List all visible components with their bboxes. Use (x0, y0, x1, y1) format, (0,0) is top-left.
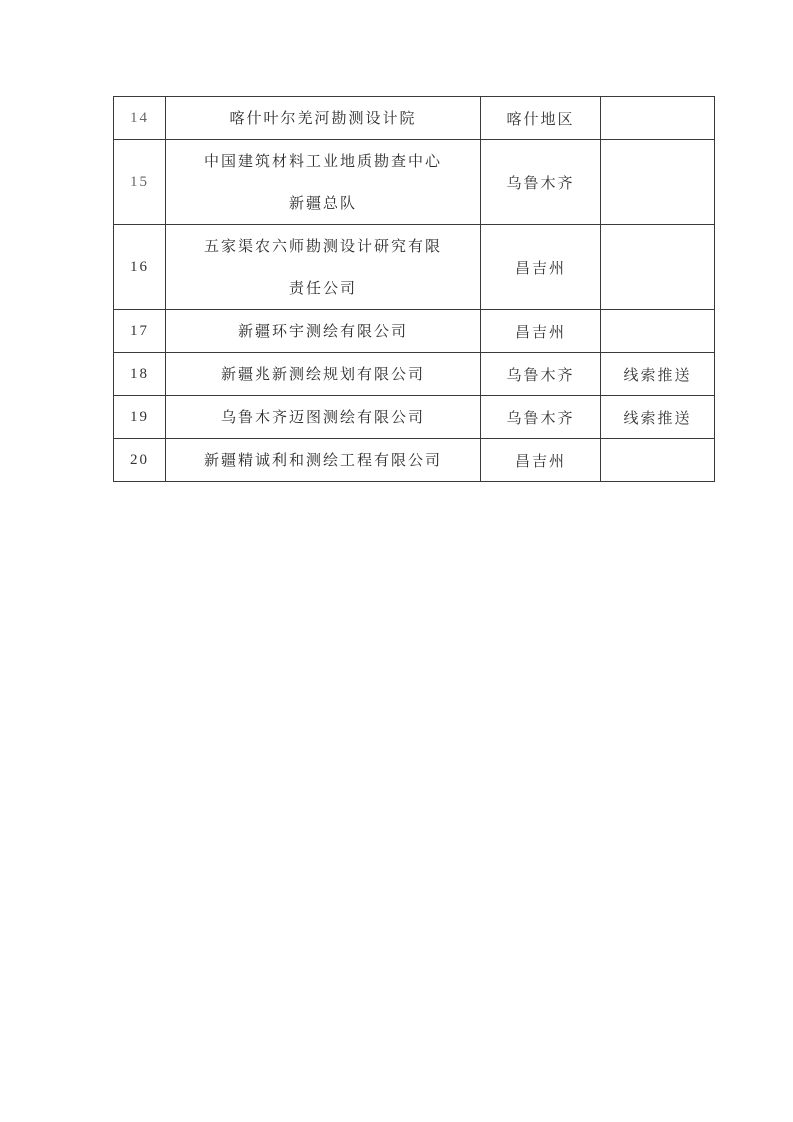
note: 线索推送 (601, 353, 715, 396)
note (601, 97, 715, 140)
company-table: 14 喀什叶尔羌河勘测设计院 喀什地区 15 中国建筑材料工业地质勘查中心 新疆… (113, 96, 715, 482)
region: 昌吉州 (481, 225, 601, 310)
region: 乌鲁木齐 (481, 396, 601, 439)
table-row: 19 乌鲁木齐迈图测绘有限公司 乌鲁木齐 线索推送 (114, 396, 715, 439)
note (601, 439, 715, 482)
region: 乌鲁木齐 (481, 140, 601, 225)
row-number: 20 (114, 439, 166, 482)
document-page: 14 喀什叶尔羌河勘测设计院 喀什地区 15 中国建筑材料工业地质勘查中心 新疆… (0, 0, 793, 1122)
table-row: 18 新疆兆新测绘规划有限公司 乌鲁木齐 线索推送 (114, 353, 715, 396)
row-number: 15 (114, 140, 166, 225)
row-number: 17 (114, 310, 166, 353)
region: 喀什地区 (481, 97, 601, 140)
company-name: 新疆环宇测绘有限公司 (166, 310, 481, 353)
company-name: 中国建筑材料工业地质勘查中心 新疆总队 (166, 140, 481, 225)
company-name: 五家渠农六师勘测设计研究有限 责任公司 (166, 225, 481, 310)
table-row: 14 喀什叶尔羌河勘测设计院 喀什地区 (114, 97, 715, 140)
note (601, 225, 715, 310)
row-number: 16 (114, 225, 166, 310)
table-row: 20 新疆精诚利和测绘工程有限公司 昌吉州 (114, 439, 715, 482)
region: 昌吉州 (481, 439, 601, 482)
company-name: 喀什叶尔羌河勘测设计院 (166, 97, 481, 140)
region: 昌吉州 (481, 310, 601, 353)
region: 乌鲁木齐 (481, 353, 601, 396)
company-name: 新疆精诚利和测绘工程有限公司 (166, 439, 481, 482)
table-row: 16 五家渠农六师勘测设计研究有限 责任公司 昌吉州 (114, 225, 715, 310)
row-number: 14 (114, 97, 166, 140)
company-name: 乌鲁木齐迈图测绘有限公司 (166, 396, 481, 439)
table-row: 15 中国建筑材料工业地质勘查中心 新疆总队 乌鲁木齐 (114, 140, 715, 225)
note (601, 140, 715, 225)
table-row: 17 新疆环宇测绘有限公司 昌吉州 (114, 310, 715, 353)
note: 线索推送 (601, 396, 715, 439)
company-name: 新疆兆新测绘规划有限公司 (166, 353, 481, 396)
row-number: 18 (114, 353, 166, 396)
note (601, 310, 715, 353)
row-number: 19 (114, 396, 166, 439)
